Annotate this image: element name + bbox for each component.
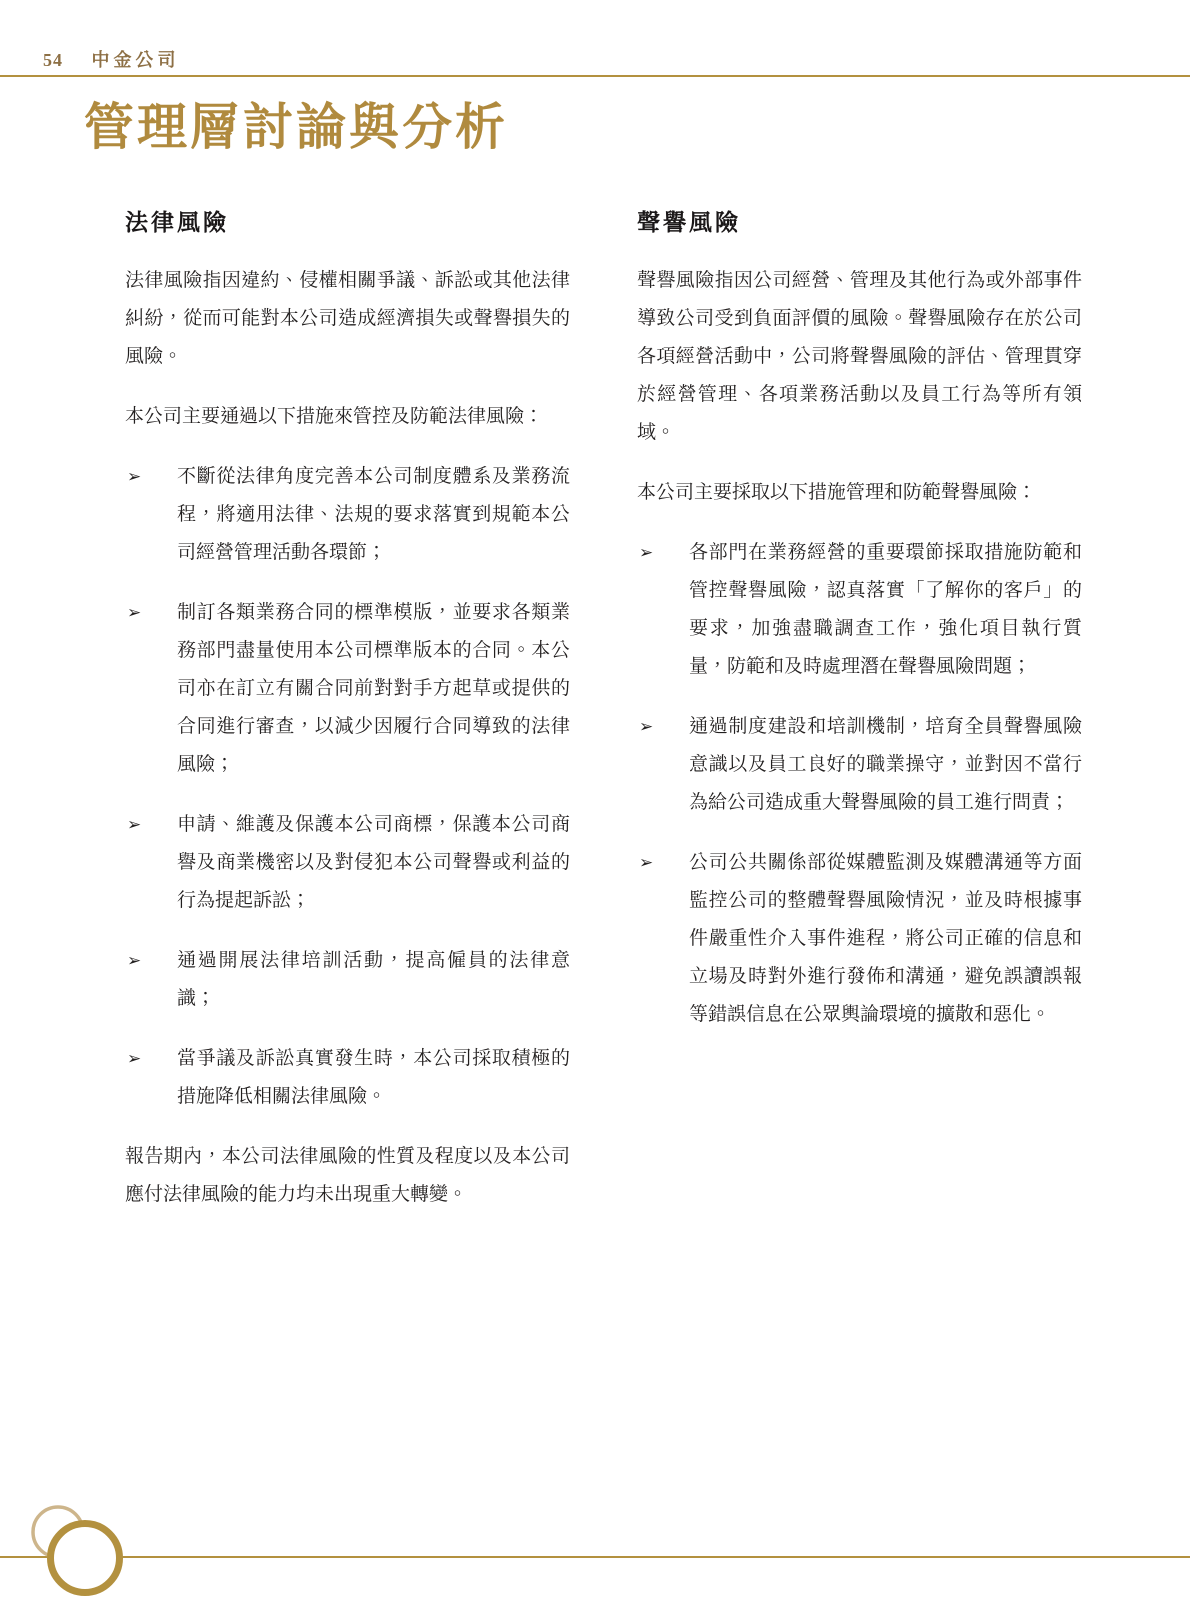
page-number: 54 bbox=[43, 50, 63, 70]
list-item-text: 當爭議及訴訟真實發生時，本公司採取積極的措施降低相關法律風險。 bbox=[177, 1048, 570, 1107]
legal-risk-section: 法律風險 法律風險指因違約、侵權相關爭議、訴訟或其他法律糾紛，從而可能對本公司造… bbox=[125, 208, 570, 1236]
content-columns: 法律風險 法律風險指因違約、侵權相關爭議、訴訟或其他法律糾紛，從而可能對本公司造… bbox=[125, 208, 1082, 1236]
list-item-text: 各部門在業務經營的重要環節採取措施防範和管控聲譽風險，認真落實「了解你的客戶」的… bbox=[689, 542, 1082, 677]
legal-risk-intro: 法律風險指因違約、侵權相關爭議、訴訟或其他法律糾紛，從而可能對本公司造成經濟損失… bbox=[125, 262, 570, 376]
list-item-text: 通過開展法律培訓活動，提高僱員的法律意識； bbox=[177, 950, 570, 1009]
arrow-bullet-icon: ➢ bbox=[127, 1040, 141, 1078]
list-item-text: 不斷從法律角度完善本公司制度體系及業務流程，將適用法律、法規的要求落實到規範本公… bbox=[177, 466, 570, 563]
reputation-risk-lead: 本公司主要採取以下措施管理和防範聲譽風險： bbox=[637, 474, 1082, 512]
legal-risk-lead: 本公司主要通過以下措施來管控及防範法律風險： bbox=[125, 398, 570, 436]
legal-risk-heading: 法律風險 bbox=[125, 208, 570, 238]
list-item-text: 通過制度建設和培訓機制，培育全員聲譽風險意識以及員工良好的職業操守，並對因不當行… bbox=[689, 716, 1082, 813]
list-item: ➢ 制訂各類業務合同的標準模版，並要求各類業務部門盡量使用本公司標準版本的合同。… bbox=[125, 594, 570, 784]
list-item: ➢ 不斷從法律角度完善本公司制度體系及業務流程，將適用法律、法規的要求落實到規範… bbox=[125, 458, 570, 572]
reputation-risk-intro: 聲譽風險指因公司經營、管理及其他行為或外部事件導致公司受到負面評價的風險。聲譽風… bbox=[637, 262, 1082, 452]
arrow-bullet-icon: ➢ bbox=[639, 708, 653, 746]
list-item: ➢ 通過制度建設和培訓機制，培育全員聲譽風險意識以及員工良好的職業操守，並對因不… bbox=[637, 708, 1082, 822]
arrow-bullet-icon: ➢ bbox=[639, 534, 653, 572]
arrow-bullet-icon: ➢ bbox=[127, 806, 141, 844]
legal-risk-list: ➢ 不斷從法律角度完善本公司制度體系及業務流程，將適用法律、法規的要求落實到規範… bbox=[125, 458, 570, 1116]
brand-name: 中金公司 bbox=[92, 50, 180, 70]
arrow-bullet-icon: ➢ bbox=[127, 942, 141, 980]
header-rule bbox=[0, 75, 1190, 77]
reputation-risk-heading: 聲譽風險 bbox=[637, 208, 1082, 238]
page-header: 54 中金公司 bbox=[43, 46, 180, 72]
list-item-text: 申請、維護及保護本公司商標，保護本公司商譽及商業機密以及對侵犯本公司聲譽或利益的… bbox=[177, 814, 570, 911]
page-title: 管理層討論與分析 bbox=[84, 96, 508, 158]
arrow-bullet-icon: ➢ bbox=[639, 844, 653, 882]
arrow-bullet-icon: ➢ bbox=[127, 594, 141, 632]
list-item-text: 制訂各類業務合同的標準模版，並要求各類業務部門盡量使用本公司標準版本的合同。本公… bbox=[177, 602, 570, 775]
large-ring-icon bbox=[51, 1524, 120, 1593]
list-item-text: 公司公共關係部從媒體監測及媒體溝通等方面監控公司的整體聲譽風險情況，並及時根據事… bbox=[689, 852, 1082, 1025]
list-item: ➢ 申請、維護及保護本公司商標，保護本公司商譽及商業機密以及對侵犯本公司聲譽或利… bbox=[125, 806, 570, 920]
footer-rule bbox=[0, 1556, 1190, 1558]
overlapping-rings-decoration bbox=[18, 1492, 168, 1615]
list-item: ➢ 各部門在業務經營的重要環節採取措施防範和管控聲譽風險，認真落實「了解你的客戶… bbox=[637, 534, 1082, 686]
reputation-risk-list: ➢ 各部門在業務經營的重要環節採取措施防範和管控聲譽風險，認真落實「了解你的客戶… bbox=[637, 534, 1082, 1034]
list-item: ➢ 公司公共關係部從媒體監測及媒體溝通等方面監控公司的整體聲譽風險情況，並及時根… bbox=[637, 844, 1082, 1034]
legal-risk-closing: 報告期內，本公司法律風險的性質及程度以及本公司應付法律風險的能力均未出現重大轉變… bbox=[125, 1138, 570, 1214]
arrow-bullet-icon: ➢ bbox=[127, 458, 141, 496]
reputation-risk-section: 聲譽風險 聲譽風險指因公司經營、管理及其他行為或外部事件導致公司受到負面評價的風… bbox=[637, 208, 1082, 1236]
list-item: ➢ 通過開展法律培訓活動，提高僱員的法律意識； bbox=[125, 942, 570, 1018]
document-page: 54 中金公司 管理層討論與分析 法律風險 法律風險指因違約、侵權相關爭議、訴訟… bbox=[0, 0, 1190, 1615]
list-item: ➢ 當爭議及訴訟真實發生時，本公司採取積極的措施降低相關法律風險。 bbox=[125, 1040, 570, 1116]
